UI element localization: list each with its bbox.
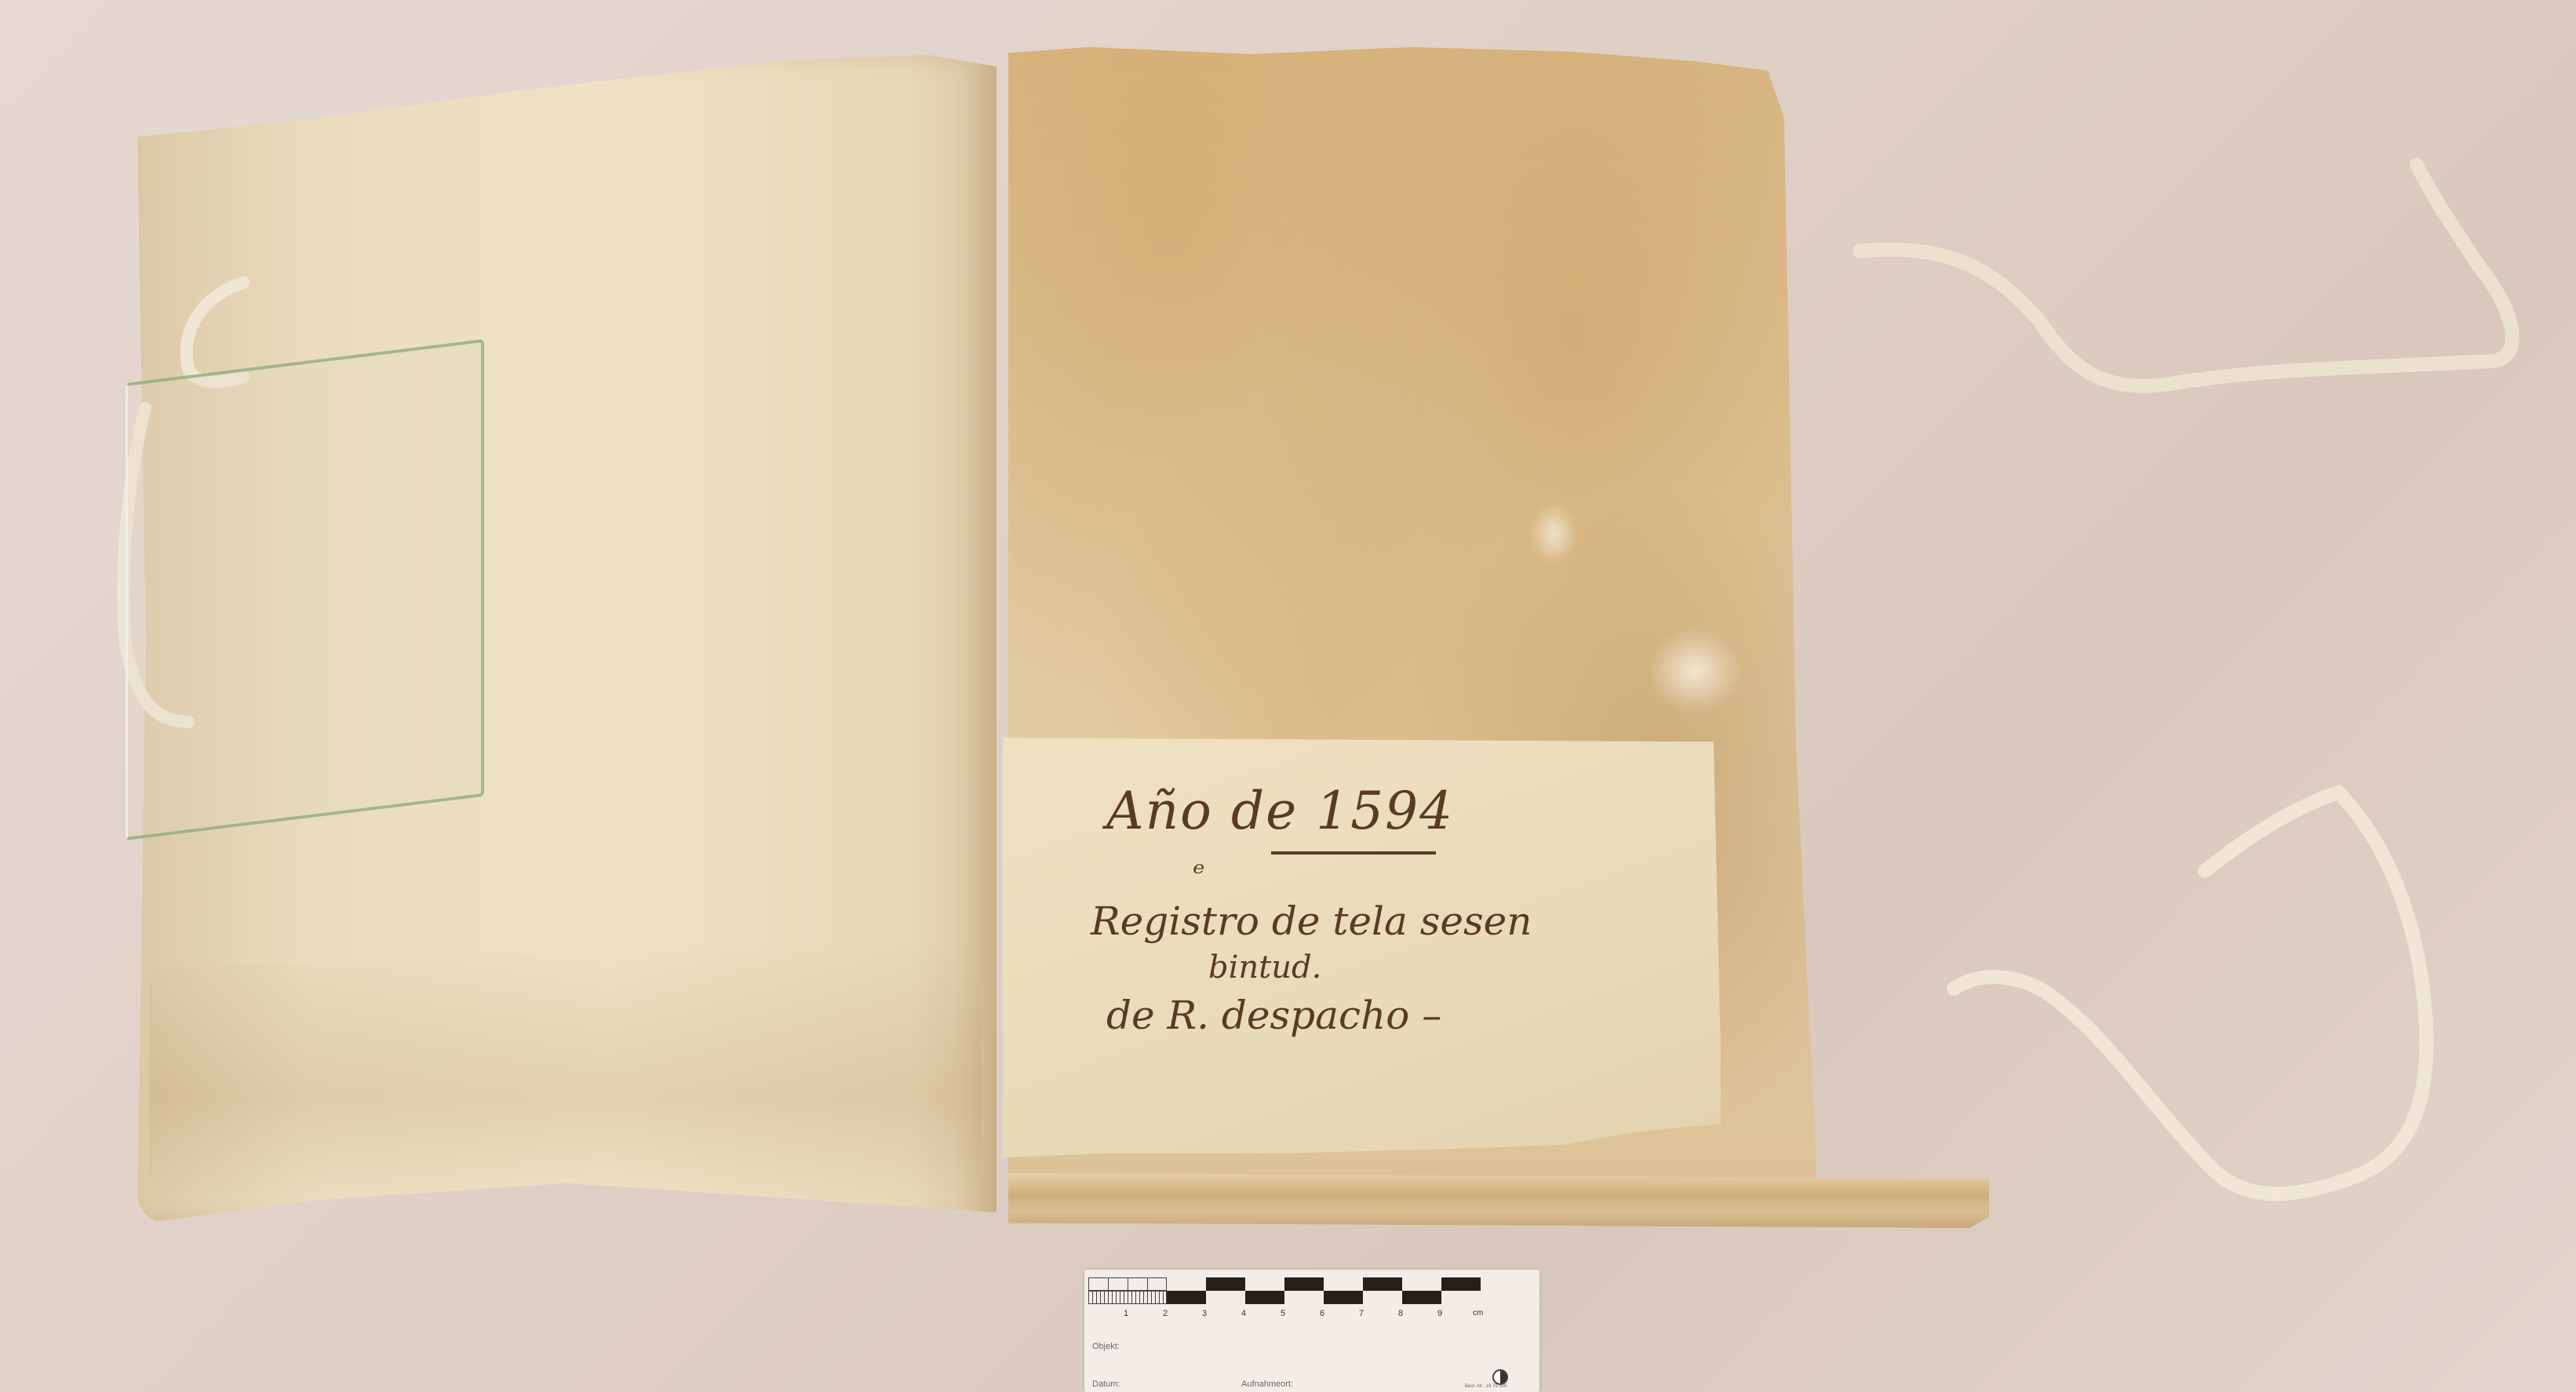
photo-scale-card: 1 2 3 4 5 6 7 8 9 cm Objekt: Datum: Aufn… <box>1084 1270 1539 1392</box>
tick-label: 6 <box>1320 1309 1324 1318</box>
tick-label: 2 <box>1163 1309 1168 1318</box>
paper-loss-spot <box>1530 502 1577 565</box>
location-label: Aufnahmeort: <box>1241 1379 1293 1389</box>
right-cloth-tie-upper <box>1852 149 2542 432</box>
yin-yang-icon <box>1492 1369 1508 1385</box>
handwritten-line-4: bintud. <box>1208 949 1321 986</box>
tick-label: 8 <box>1398 1309 1403 1318</box>
handwritten-line-3: Registro de tela sesen <box>1091 898 1532 944</box>
tick-label: 3 <box>1202 1309 1207 1318</box>
unit-label: cm <box>1473 1309 1483 1317</box>
glass-plate <box>126 339 484 840</box>
tick-label: 1 <box>1124 1309 1128 1318</box>
tick-label: 5 <box>1281 1309 1285 1318</box>
tick-label: 9 <box>1437 1309 1442 1318</box>
handwritten-underline <box>1271 851 1436 855</box>
scale-checkerboard <box>1088 1277 1488 1305</box>
handwritten-superscript: ᵉ <box>1193 855 1205 891</box>
handwritten-text: Año de 1594 ᵉ Registro de tela sesen bin… <box>1075 765 1687 1048</box>
right-cloth-tie-lower <box>1946 777 2495 1216</box>
tick-label: 7 <box>1359 1309 1364 1318</box>
tick-label: 4 <box>1241 1309 1246 1318</box>
scale-tick-labels: 1 2 3 4 5 6 7 8 9 cm <box>1088 1309 1536 1325</box>
order-number: Best.-Nr.: 19 79 300 <box>1465 1384 1507 1389</box>
handwritten-year-line: Año de 1594 <box>1106 781 1454 841</box>
date-label: Datum: <box>1092 1379 1120 1389</box>
handwritten-line-5: de R. despacho – <box>1106 993 1441 1038</box>
object-label: Objekt: <box>1092 1342 1120 1351</box>
page-stack-edge <box>1008 1173 1989 1228</box>
folder-fold-shadow <box>149 942 981 1201</box>
paper-loss-spot <box>1648 628 1742 714</box>
